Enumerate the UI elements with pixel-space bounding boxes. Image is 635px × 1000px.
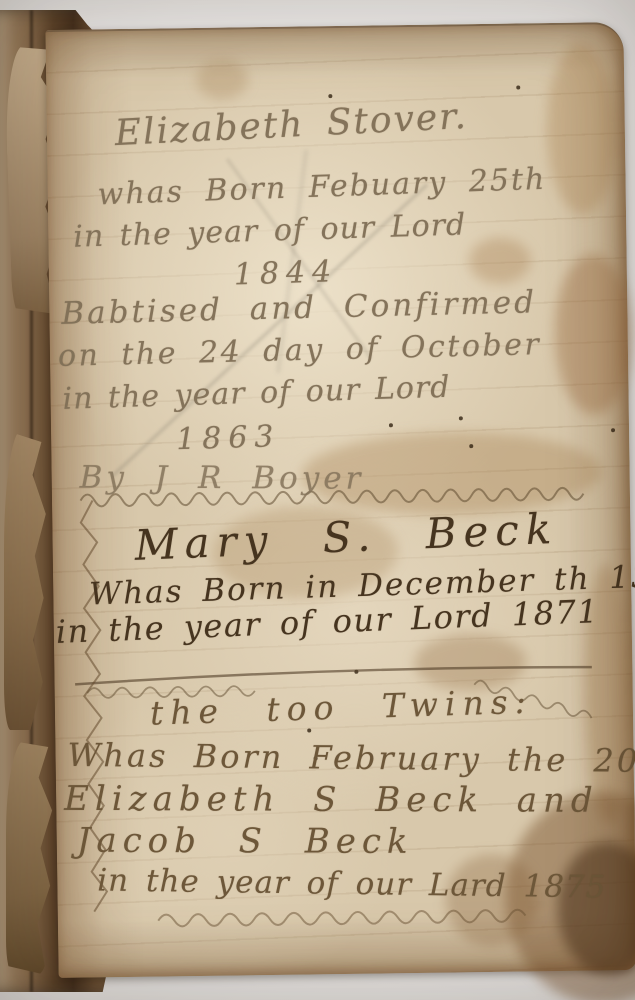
record-line-birth-date: whas Born Febuary 25th (97, 162, 547, 213)
ink-speck (307, 728, 311, 732)
ink-speck (516, 85, 520, 89)
ink-speck (389, 423, 393, 427)
record-line-heading: the too Twins: (149, 682, 533, 733)
record-line-name: Mary S. Beck (134, 504, 559, 570)
photograph-of-record-book: Elizabeth Stover. whas Born Febuary 25th… (0, 0, 635, 1000)
record-line-name: Elizabeth Stover. (114, 96, 469, 154)
record-book-page: Elizabeth Stover. whas Born Febuary 25th… (45, 22, 635, 978)
record-line-birth-date: Whas Born February the 20 (67, 736, 635, 780)
record-line-name: Jacob S Beck (77, 821, 414, 862)
record-line-baptism-date: on the 24 day of October (58, 327, 542, 374)
torn-cover-fragment (6, 740, 54, 975)
stain (196, 59, 249, 100)
record-line-year-phrase: in the year of our Lord (73, 207, 467, 254)
record-line-year: 1863 (176, 419, 281, 457)
record-line-officiant: By J R Boyer (80, 460, 365, 497)
record-line-baptism: Babtised and Confirmed (61, 284, 537, 332)
torn-cover-fragment (4, 430, 48, 730)
ink-speck (611, 428, 615, 432)
ink-speck (459, 416, 463, 420)
stain (468, 237, 531, 284)
stain (546, 44, 618, 215)
stain (557, 842, 635, 975)
record-line-year: 1844 (233, 254, 338, 292)
ink-speck (328, 94, 332, 98)
ink-speck (354, 670, 358, 674)
stain (554, 254, 634, 415)
record-line-name: Elizabeth S Beck and (64, 779, 599, 821)
record-line-year-phrase: in the year of our Lard 1875 (97, 862, 607, 905)
ink-speck (469, 444, 473, 448)
squiggle-bottom (158, 910, 525, 927)
record-line-year-phrase: in the year of our Lord (62, 370, 451, 417)
